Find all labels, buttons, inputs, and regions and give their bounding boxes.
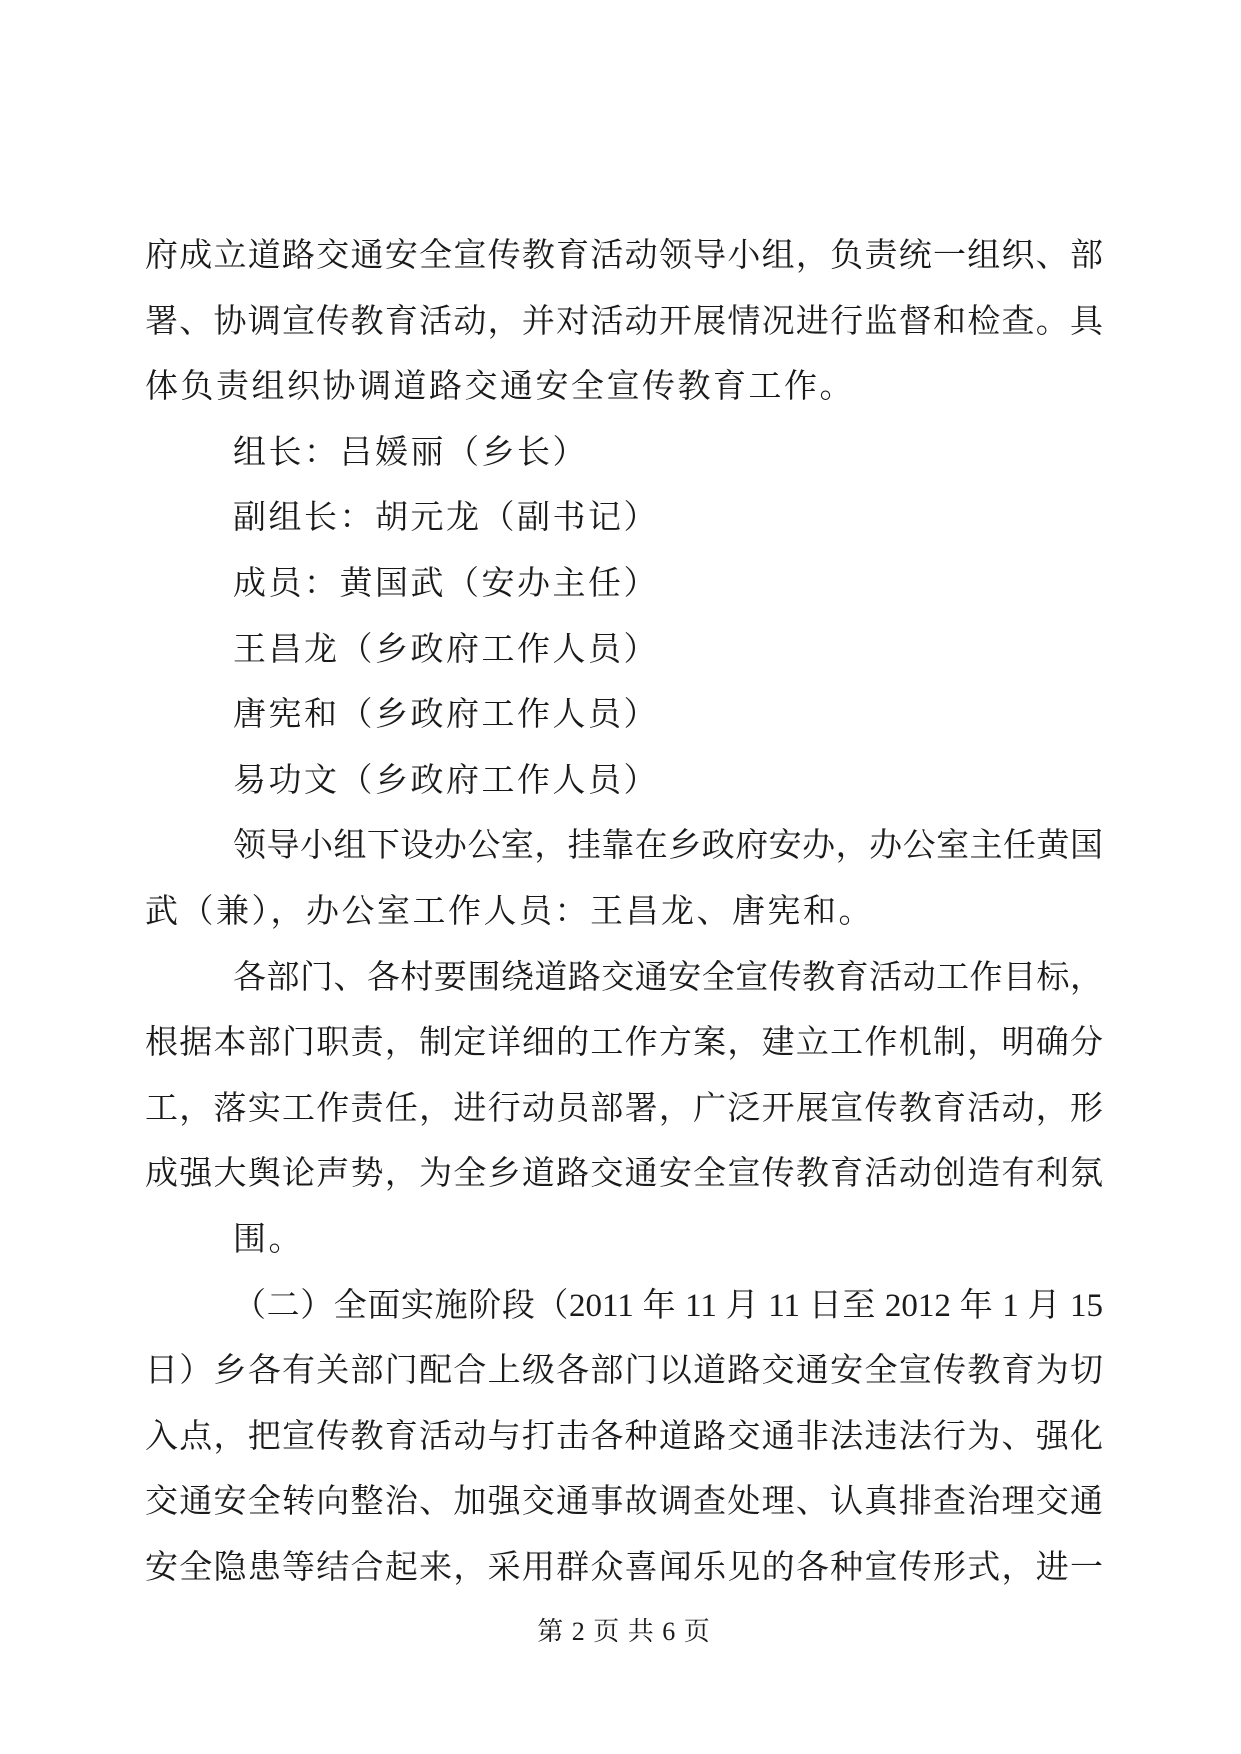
text-line-9: 易功文（乡政府工作人员） [145,749,1103,815]
document-page: 府成立道路交通安全宣传教育活动领导小组，负责统一组织、部署、协调宣传教育活动，并… [0,0,1241,1754]
text-line-10: 领导小组下设办公室，挂靠在乡政府安办，办公室主任黄国 [145,814,1103,880]
text-line-14: 工，落实工作责任，进行动员部署，广泛开展宣传教育活动，形 [145,1077,1103,1143]
text-line-16: 围。 [145,1208,1103,1274]
text-line-18: 日）乡各有关部门配合上级各部门以道路交通安全宣传教育为切 [145,1339,1103,1405]
text-line-15: 成强大舆论声势，为全乡道路交通安全宣传教育活动创造有利氛 [145,1142,1103,1208]
text-line-12: 各部门、各村要围绕道路交通安全宣传教育活动工作目标， [145,946,1103,1012]
text-line-2: 署、协调宣传教育活动，并对活动开展情况进行监督和检查。具 [145,290,1103,356]
text-line-21: 安全隐患等结合起来，采用群众喜闻乐见的各种宣传形式，进一 [145,1536,1103,1602]
text-line-13: 根据本部门职责，制定详细的工作方案，建立工作机制，明确分 [145,1011,1103,1077]
text-line-4: 组长：吕媛丽（乡长） [145,421,1103,487]
text-line-19: 入点，把宣传教育活动与打击各种道路交通非法违法行为、强化 [145,1405,1103,1471]
text-line-7: 王昌龙（乡政府工作人员） [145,618,1103,684]
text-line-3: 体负责组织协调道路交通安全宣传教育工作。 [145,355,1103,421]
text-line-11: 武（兼），办公室工作人员：王昌龙、唐宪和。 [145,880,1103,946]
page-number-text: 第 2 页 共 6 页 [537,1617,711,1646]
text-line-20: 交通安全转向整治、加强交通事故调查处理、认真排查治理交通 [145,1470,1103,1536]
document-body: 府成立道路交通安全宣传教育活动领导小组，负责统一组织、部署、协调宣传教育活动，并… [145,224,1103,1601]
text-line-17: （二）全面实施阶段（2011 年 11 月 11 日至 2012 年 1 月 1… [145,1274,1103,1340]
text-line-8: 唐宪和（乡政府工作人员） [145,683,1103,749]
text-line-5: 副组长：胡元龙（副书记） [145,486,1103,552]
text-line-1: 府成立道路交通安全宣传教育活动领导小组，负责统一组织、部 [145,224,1103,290]
text-line-6: 成员：黄国武（安办主任） [145,552,1103,618]
page-footer: 第 2 页 共 6 页 [145,1612,1103,1652]
